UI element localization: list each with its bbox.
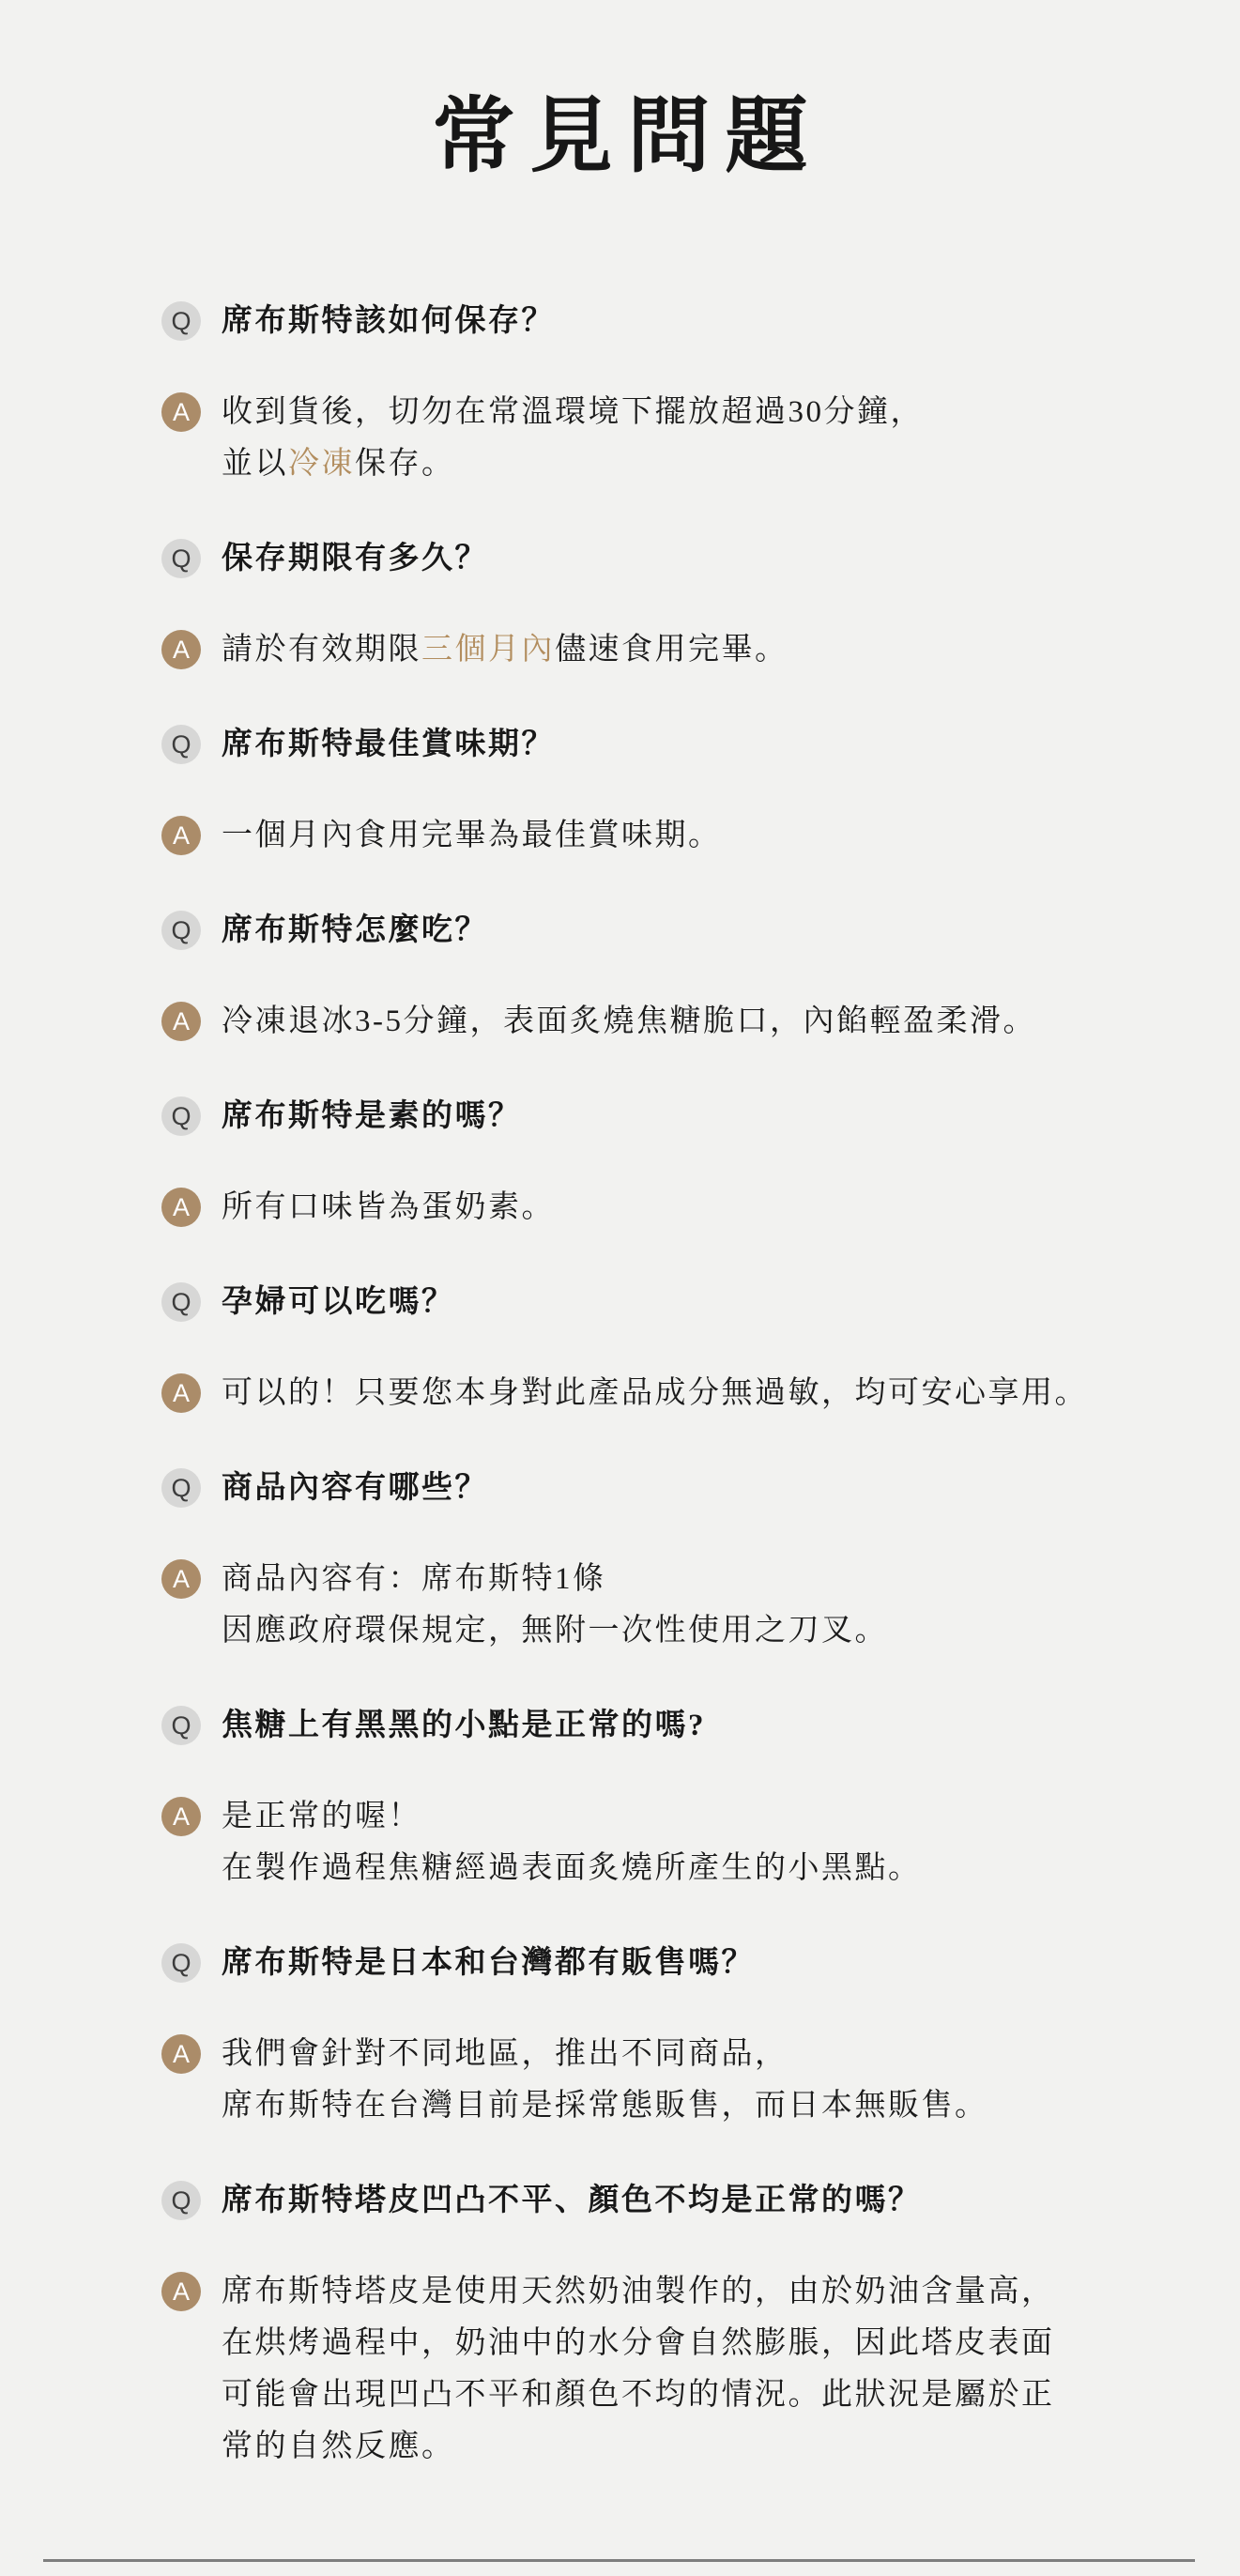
answer-text: 收到貨後，切勿在常溫環境下擺放超過30分鐘，並以冷凍保存。 xyxy=(222,387,924,490)
answer-line: 收到貨後，切勿在常溫環境下擺放超過30分鐘， xyxy=(222,387,924,438)
answer-line: 可以的！只要您本身對此產品成分無過敏，均可安心享用。 xyxy=(222,1368,1088,1419)
answer-line: 可能會出現凹凸不平和顏色不均的情況。此狀況是屬於正 xyxy=(222,2369,1055,2421)
question-row: Q 席布斯特塔皮凹凸不平、顏色不均是正常的嗎？ xyxy=(161,2175,1099,2227)
answer-segment: 可能會出現凹凸不平和顏色不均的情況。此狀況是屬於正 xyxy=(222,2378,1055,2412)
question-row: Q 孕婦可以吃嗎？ xyxy=(161,1277,1099,1328)
answer-segment: 常的自然反應。 xyxy=(222,2430,455,2463)
question-badge: Q xyxy=(161,2181,201,2220)
question-badge: Q xyxy=(161,539,201,578)
page-title: 常見問題 xyxy=(0,0,1240,185)
answer-text: 是正常的喔！在製作過程焦糖經過表面炙燒所產生的小黑點。 xyxy=(222,1791,922,1894)
answer-line: 一個月內食用完畢為最佳賞味期。 xyxy=(222,810,722,862)
question-text: 焦糖上有黑黑的小點是正常的嗎? xyxy=(222,1700,706,1752)
question-badge: Q xyxy=(161,1096,201,1136)
answer-segment: 席布斯特在台灣目前是採常態販售，而日本無販售。 xyxy=(222,2089,988,2123)
question-row: Q 保存期限有多久？ xyxy=(161,533,1099,585)
answer-badge: A xyxy=(161,816,201,855)
answer-row: A 冷凍退冰3-5分鐘，表面炙燒焦糖脆口，內餡輕盈柔滑。 xyxy=(161,996,1099,1048)
faq-item: Q 孕婦可以吃嗎？ A 可以的！只要您本身對此產品成分無過敏，均可安心享用。 xyxy=(161,1277,1099,1419)
answer-line: 並以冷凍保存。 xyxy=(222,438,924,490)
answer-segment: 並以 xyxy=(222,447,288,481)
question-row: Q 商品內容有哪些？ xyxy=(161,1463,1099,1514)
answer-line: 請於有效期限三個月內儘速食用完畢。 xyxy=(222,624,788,676)
bottom-divider xyxy=(43,2559,1195,2562)
answer-row: A 我們會針對不同地區，推出不同商品，席布斯特在台灣目前是採常態販售，而日本無販… xyxy=(161,2029,1099,2132)
answer-badge: A xyxy=(161,1002,201,1041)
answer-segment: 冷凍退冰3-5分鐘，表面炙燒焦糖脆口，內餡輕盈柔滑。 xyxy=(222,1004,1036,1038)
answer-row: A 請於有效期限三個月內儘速食用完畢。 xyxy=(161,624,1099,676)
faq-item: Q 保存期限有多久？ A 請於有效期限三個月內儘速食用完畢。 xyxy=(161,533,1099,676)
answer-row: A 收到貨後，切勿在常溫環境下擺放超過30分鐘，並以冷凍保存。 xyxy=(161,387,1099,490)
answer-badge: A xyxy=(161,2034,201,2074)
question-row: Q 焦糖上有黑黑的小點是正常的嗎? xyxy=(161,1700,1099,1752)
answer-badge: A xyxy=(161,630,201,669)
question-badge: Q xyxy=(161,911,201,950)
answer-text: 冷凍退冰3-5分鐘，表面炙燒焦糖脆口，內餡輕盈柔滑。 xyxy=(222,996,1036,1048)
question-badge: Q xyxy=(161,1706,201,1745)
answer-row: A 一個月內食用完畢為最佳賞味期。 xyxy=(161,810,1099,862)
faq-item: Q 焦糖上有黑黑的小點是正常的嗎? A 是正常的喔！在製作過程焦糖經過表面炙燒所… xyxy=(161,1700,1099,1894)
answer-text: 商品內容有：席布斯特1條因應政府環保規定，無附一次性使用之刀叉。 xyxy=(222,1554,888,1657)
question-badge: Q xyxy=(161,1468,201,1508)
answer-line: 是正常的喔！ xyxy=(222,1791,922,1843)
answer-segment: 在製作過程焦糖經過表面炙燒所產生的小黑點。 xyxy=(222,1851,922,1885)
answer-segment: 商品內容有：席布斯特1條 xyxy=(222,1562,606,1596)
answer-row: A 商品內容有：席布斯特1條因應政府環保規定，無附一次性使用之刀叉。 xyxy=(161,1554,1099,1657)
faq-item: Q 商品內容有哪些？ A 商品內容有：席布斯特1條因應政府環保規定，無附一次性使… xyxy=(161,1463,1099,1657)
answer-segment: 因應政府環保規定，無附一次性使用之刀叉。 xyxy=(222,1614,888,1648)
question-badge: Q xyxy=(161,725,201,764)
answer-badge: A xyxy=(161,392,201,432)
faq-item: Q 席布斯特該如何保存？ A 收到貨後，切勿在常溫環境下擺放超過30分鐘，並以冷… xyxy=(161,296,1099,490)
answer-text: 一個月內食用完畢為最佳賞味期。 xyxy=(222,810,722,862)
question-badge: Q xyxy=(161,1282,201,1322)
question-text: 席布斯特是素的嗎？ xyxy=(222,1091,522,1142)
answer-line: 我們會針對不同地區，推出不同商品， xyxy=(222,2029,988,2080)
answer-badge: A xyxy=(161,1373,201,1413)
faq-item: Q 席布斯特是素的嗎？ A 所有口味皆為蛋奶素。 xyxy=(161,1091,1099,1234)
question-badge: Q xyxy=(161,301,201,341)
answer-text: 所有口味皆為蛋奶素。 xyxy=(222,1182,555,1234)
answer-line: 因應政府環保規定，無附一次性使用之刀叉。 xyxy=(222,1605,888,1657)
question-text: 席布斯特最佳賞味期？ xyxy=(222,719,555,771)
answer-badge: A xyxy=(161,2272,201,2311)
answer-badge: A xyxy=(161,1797,201,1836)
question-text: 席布斯特該如何保存？ xyxy=(222,296,555,347)
answer-segment: 在烘烤過程中，奶油中的水分會自然膨脹，因此塔皮表面 xyxy=(222,2326,1055,2360)
answer-row: A 席布斯特塔皮是使用天然奶油製作的，由於奶油含量高，在烘烤過程中，奶油中的水分… xyxy=(161,2266,1099,2473)
answer-line: 常的自然反應。 xyxy=(222,2421,1055,2473)
answer-line: 所有口味皆為蛋奶素。 xyxy=(222,1182,555,1234)
answer-line: 席布斯特塔皮是使用天然奶油製作的，由於奶油含量高， xyxy=(222,2266,1055,2318)
answer-badge: A xyxy=(161,1559,201,1599)
answer-segment: 我們會針對不同地區，推出不同商品， xyxy=(222,2037,788,2071)
answer-highlight-text: 三個月內 xyxy=(421,633,555,667)
answer-badge: A xyxy=(161,1188,201,1227)
answer-line: 商品內容有：席布斯特1條 xyxy=(222,1554,888,1605)
answer-segment: 儘速食用完畢。 xyxy=(555,633,788,667)
faq-item: Q 席布斯特塔皮凹凸不平、顏色不均是正常的嗎？ A 席布斯特塔皮是使用天然奶油製… xyxy=(161,2175,1099,2473)
answer-segment: 請於有效期限 xyxy=(222,633,421,667)
answer-segment: 席布斯特塔皮是使用天然奶油製作的，由於奶油含量高， xyxy=(222,2275,1055,2308)
question-text: 孕婦可以吃嗎？ xyxy=(222,1277,455,1328)
answer-text: 請於有效期限三個月內儘速食用完畢。 xyxy=(222,624,788,676)
answer-text: 我們會針對不同地區，推出不同商品，席布斯特在台灣目前是採常態販售，而日本無販售。 xyxy=(222,2029,988,2132)
question-row: Q 席布斯特該如何保存？ xyxy=(161,296,1099,347)
answer-row: A 是正常的喔！在製作過程焦糖經過表面炙燒所產生的小黑點。 xyxy=(161,1791,1099,1894)
answer-line: 在製作過程焦糖經過表面炙燒所產生的小黑點。 xyxy=(222,1843,922,1894)
question-text: 商品內容有哪些？ xyxy=(222,1463,488,1514)
question-row: Q 席布斯特怎麼吃？ xyxy=(161,905,1099,957)
question-text: 席布斯特是日本和台灣都有販售嗎？ xyxy=(222,1938,755,1989)
answer-text: 席布斯特塔皮是使用天然奶油製作的，由於奶油含量高，在烘烤過程中，奶油中的水分會自… xyxy=(222,2266,1055,2473)
answer-segment: 保存。 xyxy=(355,447,455,481)
answer-text: 可以的！只要您本身對此產品成分無過敏，均可安心享用。 xyxy=(222,1368,1088,1419)
answer-segment: 收到貨後，切勿在常溫環境下擺放超過30分鐘， xyxy=(222,395,924,429)
answer-line: 席布斯特在台灣目前是採常態販售，而日本無販售。 xyxy=(222,2080,988,2132)
question-text: 席布斯特塔皮凹凸不平、顏色不均是正常的嗎？ xyxy=(222,2175,922,2227)
answer-segment: 可以的！只要您本身對此產品成分無過敏，均可安心享用。 xyxy=(222,1376,1088,1410)
answer-line: 在烘烤過程中，奶油中的水分會自然膨脹，因此塔皮表面 xyxy=(222,2318,1055,2369)
answer-row: A 可以的！只要您本身對此產品成分無過敏，均可安心享用。 xyxy=(161,1368,1099,1419)
faq-list: Q 席布斯特該如何保存？ A 收到貨後，切勿在常溫環境下擺放超過30分鐘，並以冷… xyxy=(0,296,1240,2473)
question-text: 保存期限有多久？ xyxy=(222,533,488,585)
answer-segment: 所有口味皆為蛋奶素。 xyxy=(222,1190,555,1224)
question-text: 席布斯特怎麼吃？ xyxy=(222,905,488,957)
question-row: Q 席布斯特最佳賞味期？ xyxy=(161,719,1099,771)
answer-line: 冷凍退冰3-5分鐘，表面炙燒焦糖脆口，內餡輕盈柔滑。 xyxy=(222,996,1036,1048)
answer-highlight-text: 冷凍 xyxy=(288,447,355,481)
answer-segment: 是正常的喔！ xyxy=(222,1800,421,1833)
faq-item: Q 席布斯特最佳賞味期？ A 一個月內食用完畢為最佳賞味期。 xyxy=(161,719,1099,862)
answer-row: A 所有口味皆為蛋奶素。 xyxy=(161,1182,1099,1234)
faq-item: Q 席布斯特是日本和台灣都有販售嗎？ A 我們會針對不同地區，推出不同商品，席布… xyxy=(161,1938,1099,2132)
answer-segment: 一個月內食用完畢為最佳賞味期。 xyxy=(222,819,722,852)
faq-item: Q 席布斯特怎麼吃？ A 冷凍退冰3-5分鐘，表面炙燒焦糖脆口，內餡輕盈柔滑。 xyxy=(161,905,1099,1048)
question-badge: Q xyxy=(161,1943,201,1983)
question-row: Q 席布斯特是日本和台灣都有販售嗎？ xyxy=(161,1938,1099,1989)
question-row: Q 席布斯特是素的嗎？ xyxy=(161,1091,1099,1142)
